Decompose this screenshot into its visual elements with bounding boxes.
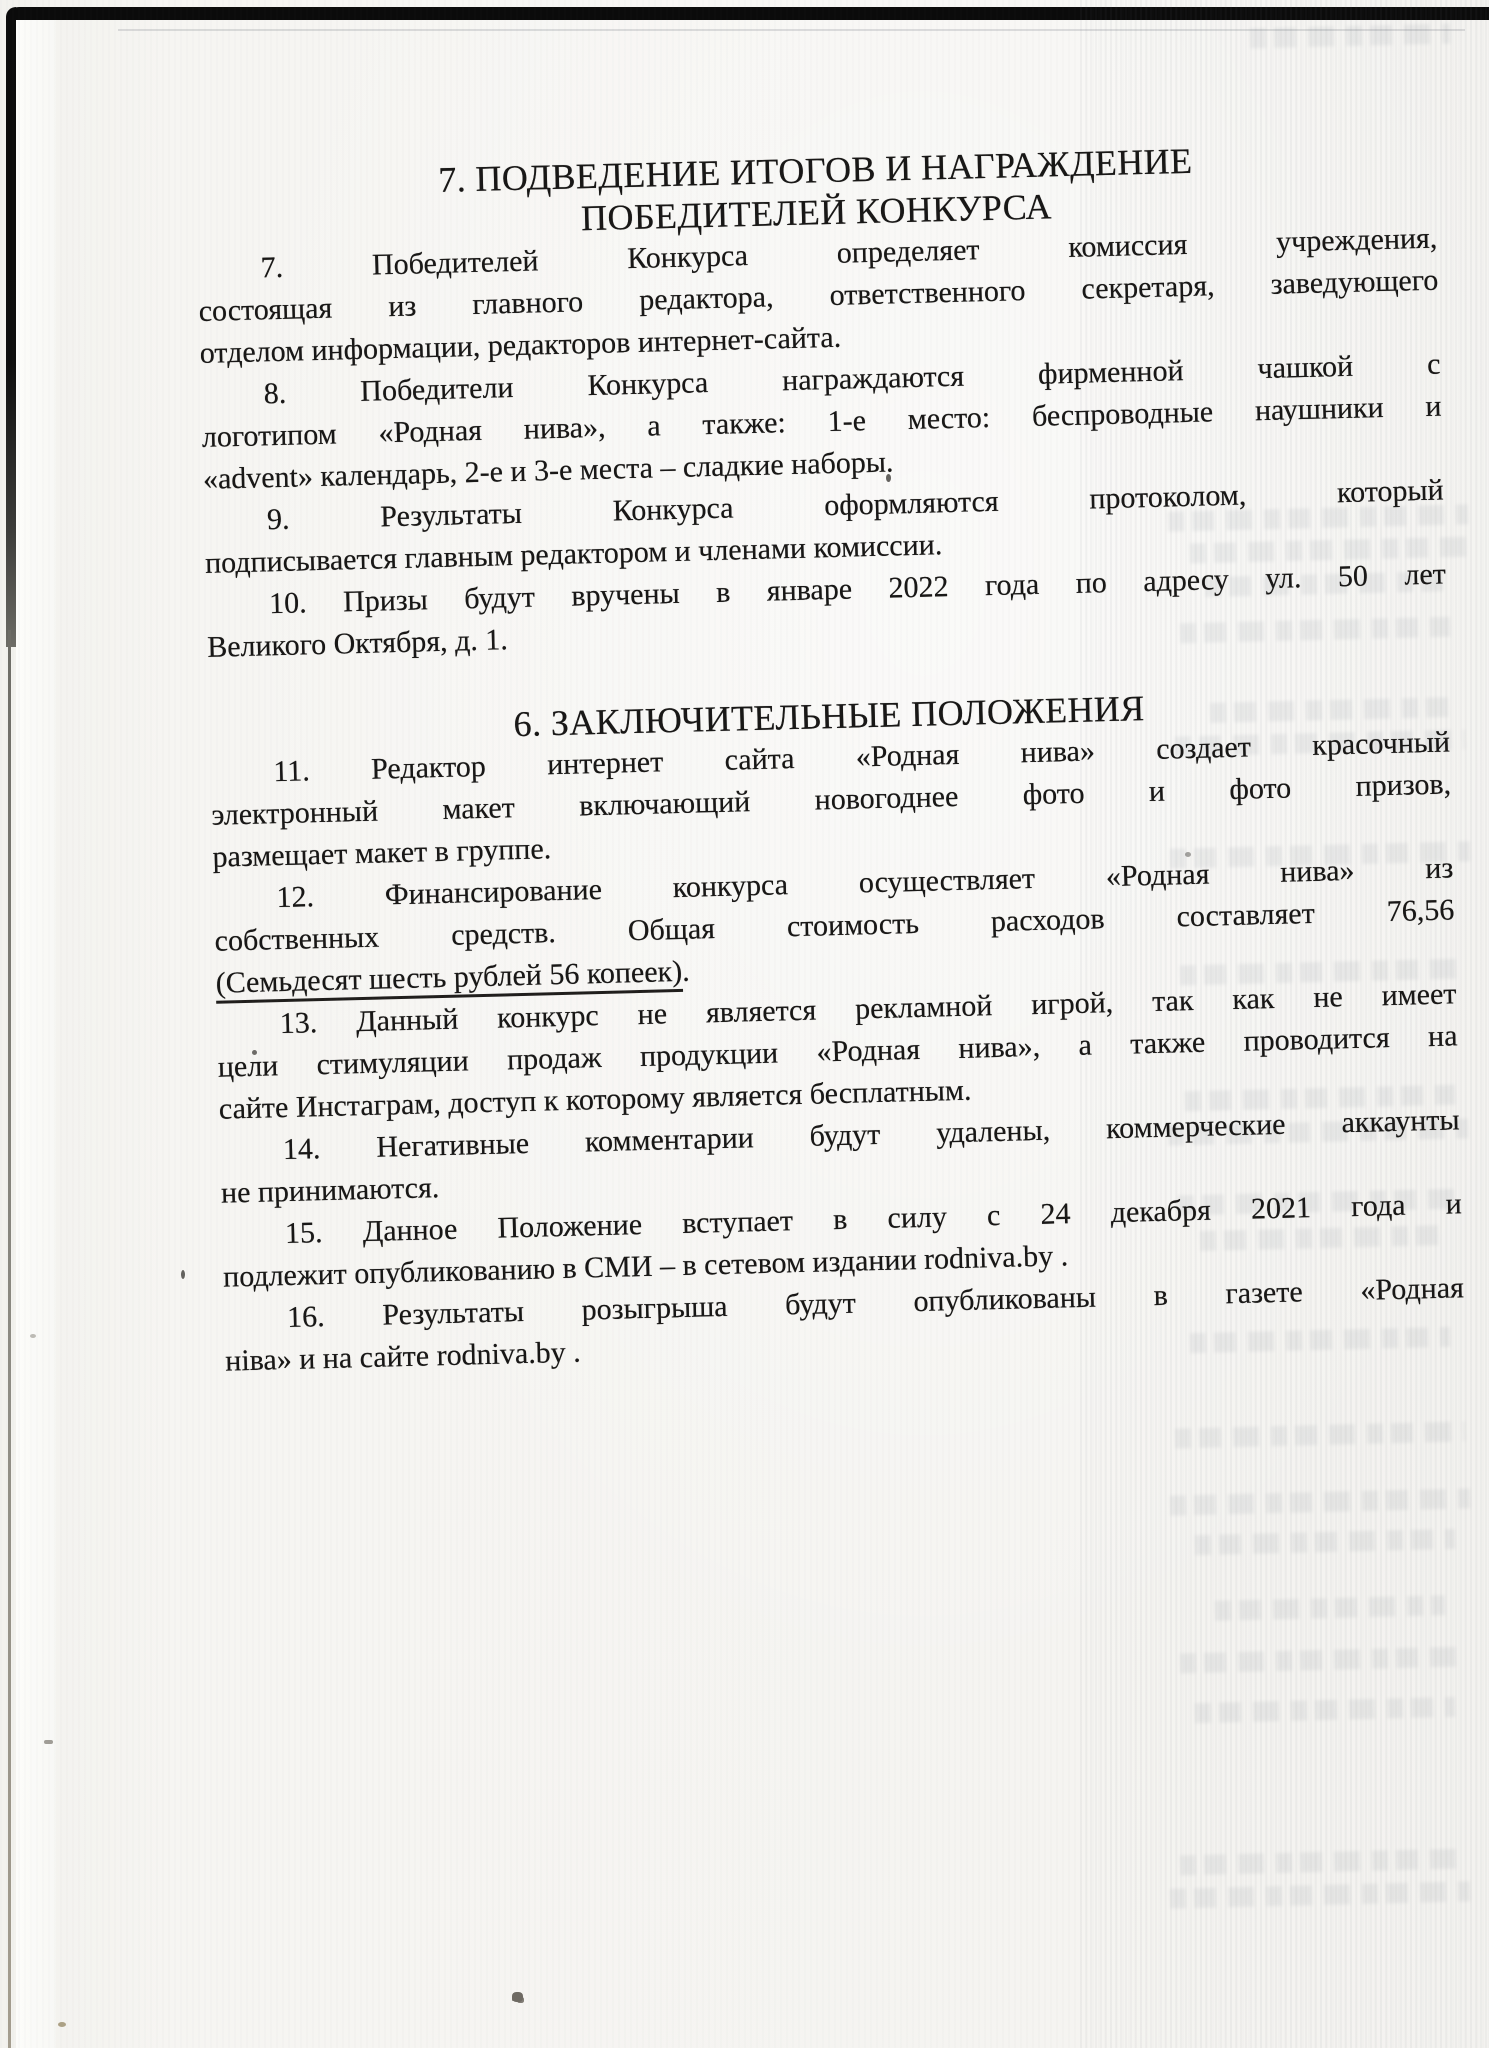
- scan-speck: [30, 1334, 36, 1338]
- scanned-page: 7. ПОДВЕДЕНИЕ ИТОГОВ И НАГРАЖДЕНИЕПОБЕДИ…: [0, 0, 1489, 2048]
- scan-speck: [181, 1270, 185, 1279]
- page-fold-line: [8, 630, 11, 2048]
- scan-hairline: [118, 29, 1465, 31]
- bleed-through-artifact: [1195, 1529, 1455, 1555]
- scan-speck: [44, 1740, 53, 1744]
- document-text-column: 7. ПОДВЕДЕНИЕ ИТОГОВ И НАГРАЖДЕНИЕПОБЕДИ…: [195, 134, 1465, 1383]
- bleed-through-artifact: [1175, 1421, 1465, 1448]
- bleed-through-artifact: [1170, 1488, 1470, 1515]
- bleed-through-artifact: [1250, 24, 1450, 49]
- bleed-through-artifact: [1195, 1697, 1455, 1723]
- scanner-left-edge: [6, 7, 16, 647]
- text-segment: .: [682, 955, 690, 988]
- bleed-through-artifact: [1180, 1849, 1460, 1876]
- bleed-through-artifact: [1170, 1881, 1470, 1908]
- bleed-through-artifact: [1180, 1647, 1460, 1674]
- document-blocks: 7. ПОДВЕДЕНИЕ ИТОГОВ И НАГРАЖДЕНИЕПОБЕДИ…: [195, 134, 1465, 1383]
- scan-speck: [512, 1992, 523, 2002]
- scan-speck: [58, 2022, 66, 2027]
- scanner-top-edge: [6, 7, 1489, 20]
- bleed-through-artifact: [1215, 1595, 1445, 1621]
